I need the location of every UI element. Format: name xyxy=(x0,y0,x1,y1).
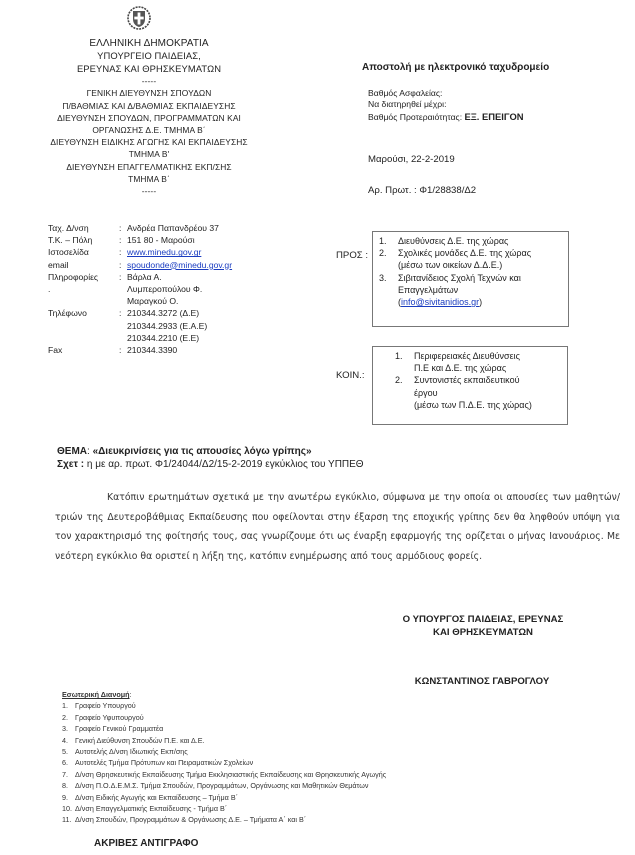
contact-row: Ιστοσελίδα:www.minedu.gov.gr xyxy=(48,246,308,258)
recipient-email-line: (info@sivitanidios.gr) xyxy=(398,296,562,308)
contact-row: Fax:210344.3390 xyxy=(48,344,308,356)
header-line: ΓΕΝΙΚΗ ΔΙΕΥΘΥΝΣΗ ΣΠΟΥΔΩΝ xyxy=(14,87,284,99)
distribution-text: Αυτοτελής Δ/νση Ιδιωτικής Εκπ/σης xyxy=(75,746,188,757)
header-line: Π/ΒΑΘΜΙΑΣ ΚΑΙ Δ/ΒΑΘΜΙΑΣ ΕΚΠΑΙΔΕΥΣΗΣ xyxy=(14,100,284,112)
protocol-number: Αρ. Πρωτ. : Φ1/28838/Δ2 xyxy=(368,185,476,196)
distribution-number: 7. xyxy=(62,769,75,780)
contact-link[interactable]: spoudonde@minedu.gov.gr xyxy=(127,259,308,271)
recipient-number: 3. xyxy=(379,272,398,309)
distribution-list: 1.Γραφείο Υπουργού2.Γραφείο Υφυπουργού3.… xyxy=(62,700,622,825)
distribution-text: Γραφείο Υφυπουργού xyxy=(75,712,144,723)
distribution-number: 11. xyxy=(62,814,75,825)
contact-label: email xyxy=(48,259,119,271)
distribution-text: Δ/νση Θρησκευτικής Εκπαίδευσης Τμήμα Εκκ… xyxy=(75,769,386,780)
distribution-item: 6.Αυτοτελές Τμήμα Πρότυπων και Πειραματι… xyxy=(62,757,622,768)
contact-separator: : xyxy=(119,271,127,283)
contact-label: Ταχ. Δ/νση xyxy=(48,222,119,234)
header-line: ΕΡΕΥΝΑΣ ΚΑΙ ΘΡΗΣΚΕΥΜΑΤΩΝ xyxy=(14,63,284,75)
contact-separator: : xyxy=(119,259,127,271)
distribution-item: 2.Γραφείο Υφυπουργού xyxy=(62,712,622,723)
recipient-item: 3.Σιβιτανίδειος Σχολή Τεχνών καιΕπαγγελμ… xyxy=(379,272,562,309)
distribution-text: Δ/νση Ειδικής Αγωγής και Εκπαίδευσης – Τ… xyxy=(75,792,238,803)
header-line: ΤΜΗΜΑ Β΄ xyxy=(14,173,284,185)
distribution-text: Αυτοτελές Τμήμα Πρότυπων και Πειραματικώ… xyxy=(75,757,253,768)
related-label: Σχετ : xyxy=(57,459,84,470)
contact-row: email:spoudonde@minedu.gov.gr xyxy=(48,259,308,271)
to-recipients-box: 1.Διευθύνσεις Δ.Ε. της χώρας2.Σχολικές μ… xyxy=(372,231,569,327)
distribution-item: 9.Δ/νση Ειδικής Αγωγής και Εκπαίδευσης –… xyxy=(62,792,622,803)
distribution-item: 11.Δ/νση Σπουδών, Προγραμμάτων & Οργάνωσ… xyxy=(62,814,622,825)
distribution-text: Δ/νση Π.Ο.Δ.Ε.Μ.Σ. Τμήμα Σπουδών, Προγρα… xyxy=(75,780,368,791)
contact-link[interactable]: www.minedu.gov.gr xyxy=(127,246,308,258)
header-line: ΕΛΛΗΝΙΚΗ ΔΗΜΟΚΡΑΤΙΑ xyxy=(14,38,284,50)
distribution-item: 4.Γενική Διεύθυνση Σπουδών Π.Ε. και Δ.Ε. xyxy=(62,735,622,746)
contact-label: Fax xyxy=(48,344,119,356)
security-info: Βαθμός Ασφαλείας: Να διατηρηθεί μέχρι: Β… xyxy=(368,88,524,123)
recipient-text: Σιβιτανίδειος Σχολή Τεχνών καιΕπαγγελμάτ… xyxy=(398,272,562,309)
related-text: η με αρ. πρωτ. Φ1/24044/Δ2/15-2-2019 εγκ… xyxy=(84,459,364,470)
contact-value: 210344.3272 (Δ.Ε) xyxy=(127,307,308,319)
recipient-number: 2. xyxy=(379,247,398,271)
subject-title: «Διευκρινίσεις για τις απουσίες λόγω γρί… xyxy=(93,446,312,457)
signatory-title-line: ΚΑΙ ΘΡΗΣΚΕΥΜΑΤΩΝ xyxy=(388,626,578,639)
recipient-item: 1.Περιφερειακές ΔιευθύνσειςΠ.Ε και Δ.Ε. … xyxy=(395,350,561,374)
recipient-line: Επαγγελμάτων xyxy=(398,284,562,296)
contact-label: . xyxy=(48,283,119,295)
contact-separator: : xyxy=(119,246,127,258)
contact-value: Λυμπεροπούλου Φ. xyxy=(127,283,308,295)
contact-separator: : xyxy=(119,222,127,234)
contact-label: Πληροφορίες xyxy=(48,271,119,283)
distribution-item: 8.Δ/νση Π.Ο.Δ.Ε.Μ.Σ. Τμήμα Σπουδών, Προγ… xyxy=(62,780,622,791)
place-date: Μαρούσι, 22-2-2019 xyxy=(368,154,455,165)
contact-label: Ιστοσελίδα xyxy=(48,246,119,258)
distribution-text: Δ/νση Επαγγελματικής Εκπαίδευσης - Τμήμα… xyxy=(75,803,227,814)
to-label: ΠΡΟΣ : xyxy=(336,250,368,261)
recipient-text: Σχολικές μονάδες Δ.Ε. της χώρας(μέσω των… xyxy=(398,247,562,271)
contact-label xyxy=(48,320,119,332)
contact-row: .Λυμπεροπούλου Φ. xyxy=(48,283,308,295)
distribution-number: 3. xyxy=(62,723,75,734)
contact-value: 210344.2933 (Ε.Α.Ε) xyxy=(127,320,308,332)
distribution-number: 2. xyxy=(62,712,75,723)
header-line: ΔΙΕΥΘΥΝΣΗ ΕΙΔΙΚΗΣ ΑΓΩΓΗΣ ΚΑΙ ΕΚΠΑΙΔΕΥΣΗΣ xyxy=(14,136,284,148)
subject-label: ΘΕΜΑ xyxy=(57,446,87,457)
distribution-item: 1.Γραφείο Υπουργού xyxy=(62,700,622,711)
contact-row: 210344.2210 (Ε.Ε) xyxy=(48,332,308,344)
recipient-line: Περιφερειακές Διευθύνσεις xyxy=(414,350,561,362)
contact-value: 210344.3390 xyxy=(127,344,308,356)
distribution-number: 6. xyxy=(62,757,75,768)
header-line: ΥΠΟΥΡΓΕΙΟ ΠΑΙΔΕΙΑΣ, xyxy=(14,50,284,62)
header-line: ΤΜΗΜΑ Β' xyxy=(14,148,284,160)
recipient-item: 2.Σχολικές μονάδες Δ.Ε. της χώρας(μέσω τ… xyxy=(379,247,562,271)
retain-until-label: Να διατηρηθεί μέχρι: xyxy=(368,99,524,110)
recipient-line: Συντονιστές εκπαιδευτικού xyxy=(414,374,561,386)
internal-distribution: Εσωτερική Διανομή: 1.Γραφείο Υπουργού2.Γ… xyxy=(62,689,622,826)
recipient-item: 1.Διευθύνσεις Δ.Ε. της χώρας xyxy=(379,235,562,247)
contact-row: Ταχ. Δ/νση:Ανδρέα Παπανδρέου 37 xyxy=(48,222,308,234)
distribution-number: 10. xyxy=(62,803,75,814)
recipient-line: Σιβιτανίδειος Σχολή Τεχνών και xyxy=(398,272,562,284)
priority-label: Βαθμός Προτεραιότητας: xyxy=(368,112,462,122)
contact-separator: : xyxy=(119,234,127,246)
recipient-email-link[interactable]: info@sivitanidios.gr xyxy=(401,297,479,307)
distribution-text: Γραφείο Υπουργού xyxy=(75,700,136,711)
header-line: ΟΡΓΑΝΩΣΗΣ Δ.Ε. ΤΜΗΜΑ Β΄ xyxy=(14,124,284,136)
recipient-item: 2.Συντονιστές εκπαιδευτικούέργου(μέσω τω… xyxy=(395,374,561,411)
contact-info: Ταχ. Δ/νση:Ανδρέα Παπανδρέου 37Τ.Κ. – Πό… xyxy=(48,222,308,356)
contact-row: 210344.2933 (Ε.Α.Ε) xyxy=(48,320,308,332)
distribution-number: 8. xyxy=(62,780,75,791)
true-copy-stamp: ΑΚΡΙΒΕΣ ΑΝΤΙΓΡΑΦΟ xyxy=(94,838,198,849)
recipient-line: έργου xyxy=(414,387,561,399)
contact-row: Τηλέφωνο:210344.3272 (Δ.Ε) xyxy=(48,307,308,319)
security-level-label: Βαθμός Ασφαλείας: xyxy=(368,88,524,99)
header-divider: ----- xyxy=(14,75,284,87)
contact-row: Τ.Κ. – Πόλη:151 80 - Μαρούσι xyxy=(48,234,308,246)
contact-label xyxy=(48,295,119,307)
header-line: ΔΙΕΥΘΥΝΣΗ ΣΠΟΥΔΩΝ, ΠΡΟΓΡΑΜΜΑΤΩΝ ΚΑΙ xyxy=(14,112,284,124)
recipient-line: Π.Ε και Δ.Ε. της χώρας xyxy=(414,362,561,374)
distribution-item: 3.Γραφείο Γενικού Γραμματέα xyxy=(62,723,622,734)
distribution-item: 5.Αυτοτελής Δ/νση Ιδιωτικής Εκπ/σης xyxy=(62,746,622,757)
recipient-text: Περιφερειακές ΔιευθύνσειςΠ.Ε και Δ.Ε. τη… xyxy=(414,350,561,374)
recipient-line: Διευθύνσεις Δ.Ε. της χώρας xyxy=(398,235,562,247)
contact-label xyxy=(48,332,119,344)
contact-separator: : xyxy=(119,344,127,356)
cc-label: ΚΟΙΝ.: xyxy=(336,370,365,381)
contact-separator xyxy=(119,320,127,332)
header-divider: ----- xyxy=(14,185,284,197)
recipient-number: 1. xyxy=(395,350,414,374)
priority-line: Βαθμός Προτεραιότητας: ΕΞ. ΕΠΕΙΓΟΝ xyxy=(368,111,524,123)
contact-row: Πληροφορίες:Βάρλα Α. xyxy=(48,271,308,283)
distribution-number: 9. xyxy=(62,792,75,803)
contact-value: Μαραγκού Ο. xyxy=(127,295,308,307)
distribution-text: Δ/νση Σπουδών, Προγραμμάτων & Οργάνωσης … xyxy=(75,814,306,825)
recipient-number: 2. xyxy=(395,374,414,411)
recipient-line: (μέσω των οικείων Δ.Δ.Ε.) xyxy=(398,259,562,271)
distribution-number: 1. xyxy=(62,700,75,711)
contact-separator xyxy=(119,295,127,307)
distribution-item: 7.Δ/νση Θρησκευτικής Εκπαίδευσης Τμήμα Ε… xyxy=(62,769,622,780)
distribution-text: Γραφείο Γενικού Γραμματέα xyxy=(75,723,163,734)
contact-label: Τ.Κ. – Πόλη xyxy=(48,234,119,246)
contact-separator: : xyxy=(119,307,127,319)
send-mode: Αποστολή με ηλεκτρονικό ταχυδρομείο xyxy=(362,62,549,73)
distribution-number: 4. xyxy=(62,735,75,746)
priority-value: ΕΞ. ΕΠΕΙΓΟΝ xyxy=(464,111,523,122)
recipient-text: Διευθύνσεις Δ.Ε. της χώρας xyxy=(398,235,562,247)
distribution-title: Εσωτερική Διανομή xyxy=(62,690,130,699)
contact-separator xyxy=(119,332,127,344)
recipient-line: Σχολικές μονάδες Δ.Ε. της χώρας xyxy=(398,247,562,259)
signatory-title: Ο ΥΠΟΥΡΓΟΣ ΠΑΙΔΕΙΑΣ, ΕΡΕΥΝΑΣ ΚΑΙ ΘΡΗΣΚΕΥ… xyxy=(388,613,578,639)
subject-block: ΘΕΜΑ: «Διευκρινίσεις για τις απουσίες λό… xyxy=(57,445,617,471)
recipient-number: 1. xyxy=(379,235,398,247)
distribution-item: 10.Δ/νση Επαγγελματικής Εκπαίδευσης - Τμ… xyxy=(62,803,622,814)
greek-coat-of-arms-icon xyxy=(127,6,151,30)
recipient-text: Συντονιστές εκπαιδευτικούέργου(μέσω των … xyxy=(414,374,561,411)
issuer-header: ΕΛΛΗΝΙΚΗ ΔΗΜΟΚΡΑΤΙΑ ΥΠΟΥΡΓΕΙΟ ΠΑΙΔΕΙΑΣ, … xyxy=(14,38,284,197)
contact-value: 210344.2210 (Ε.Ε) xyxy=(127,332,308,344)
signatory-name: ΚΩΝΣΤΑΝΤΙΝΟΣ ΓΑΒΡΟΓΛΟΥ xyxy=(392,676,572,687)
header-line: ΔΙΕΥΘΥΝΣΗ ΕΠΑΓΓΕΛΜΑΤΙΚΗΣ ΕΚΠ/ΣΗΣ xyxy=(14,161,284,173)
cc-recipients-box: 1.Περιφερειακές ΔιευθύνσειςΠ.Ε και Δ.Ε. … xyxy=(372,346,568,425)
signatory-title-line: Ο ΥΠΟΥΡΓΟΣ ΠΑΙΔΕΙΑΣ, ΕΡΕΥΝΑΣ xyxy=(388,613,578,626)
contact-row: Μαραγκού Ο. xyxy=(48,295,308,307)
distribution-number: 5. xyxy=(62,746,75,757)
recipient-line: (μέσω των Π.Δ.Ε. της χώρας) xyxy=(414,399,561,411)
contact-value: 151 80 - Μαρούσι xyxy=(127,234,308,246)
distribution-text: Γενική Διεύθυνση Σπουδών Π.Ε. και Δ.Ε. xyxy=(75,735,205,746)
contact-label: Τηλέφωνο xyxy=(48,307,119,319)
contact-value: Ανδρέα Παπανδρέου 37 xyxy=(127,222,308,234)
contact-value: Βάρλα Α. xyxy=(127,271,308,283)
contact-separator xyxy=(119,283,127,295)
body-paragraph: Κατόπιν ερωτημάτων σχετικά με την ανωτέρ… xyxy=(55,488,620,566)
